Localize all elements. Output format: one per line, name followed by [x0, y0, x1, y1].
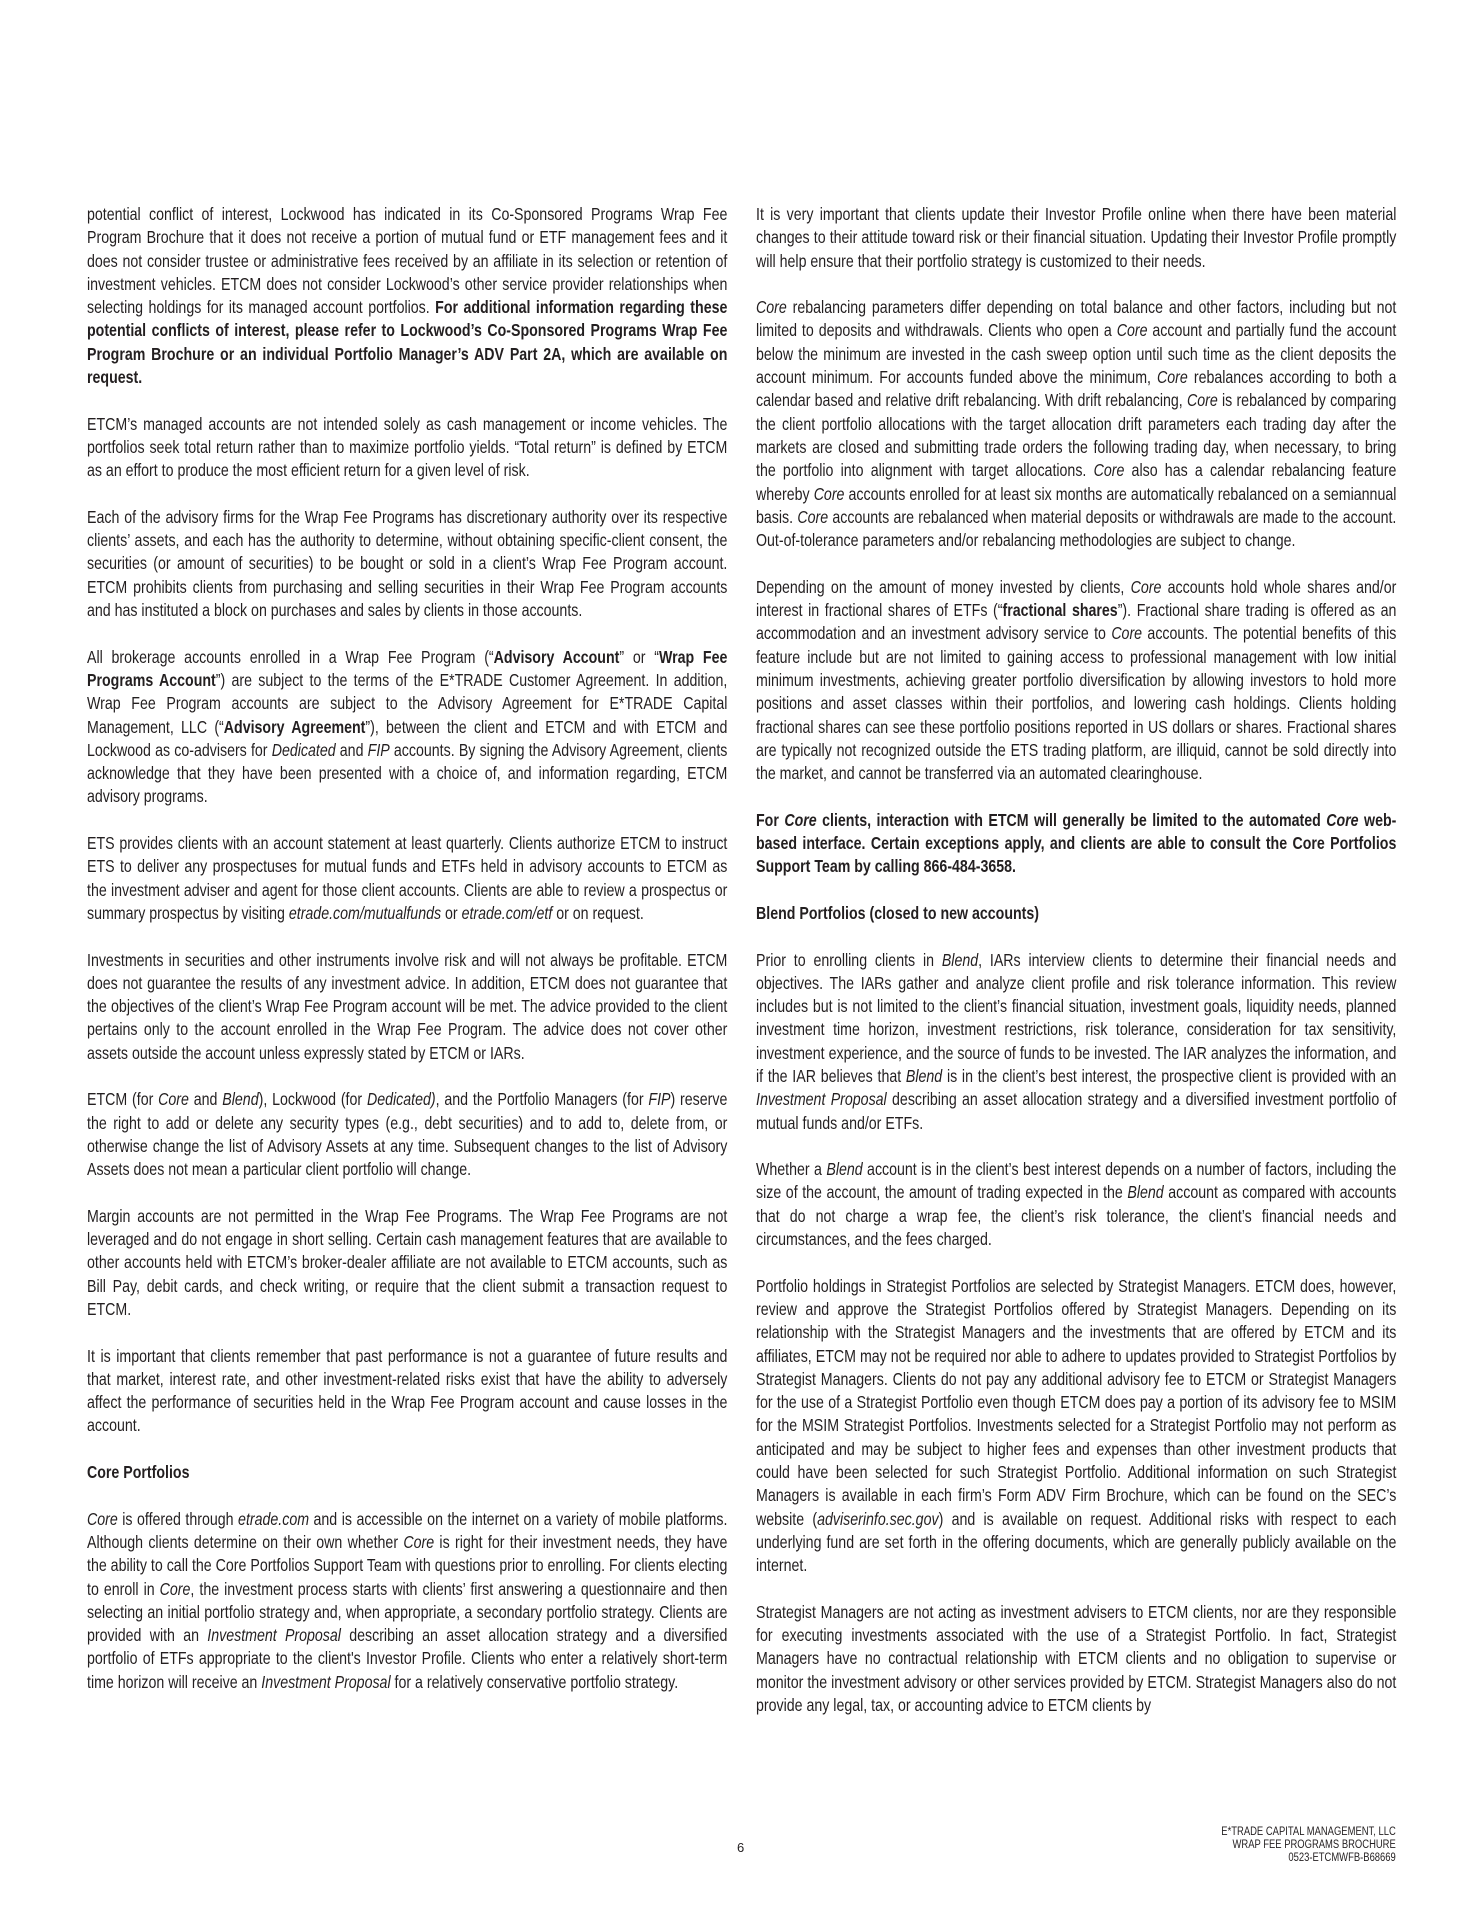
- program-name: Dedicated): [367, 1089, 436, 1109]
- text: Depending on the amount of money investe…: [756, 577, 1131, 597]
- program-name: Core: [797, 507, 828, 527]
- program-name: Core: [756, 297, 787, 317]
- program-name: FIP: [368, 740, 390, 760]
- heading-blend-portfolios: Blend Portfolios (closed to new accounts…: [756, 902, 1396, 925]
- paragraph-investor-profile: It is very important that clients update…: [756, 203, 1396, 273]
- etrade-link[interactable]: etrade.com: [238, 1509, 309, 1529]
- right-column: It is very important that clients update…: [756, 203, 1396, 1741]
- paragraph-lockwood-conflict: potential conflict of interest, Lockwood…: [87, 203, 727, 389]
- paragraph-blend-enrollment: Prior to enrolling clients in Blend, IAR…: [756, 949, 1396, 1135]
- program-name: Core: [403, 1532, 434, 1552]
- program-name: Blend: [942, 950, 978, 970]
- paragraph-advisory-agreement: All brokerage accounts enrolled in a Wra…: [87, 646, 727, 809]
- text: ETCM (for: [87, 1089, 158, 1109]
- program-name: Blend: [1127, 1182, 1163, 1202]
- paragraph-investment-risk: Investments in securities and other inst…: [87, 949, 727, 1065]
- text: ” or “: [619, 647, 659, 667]
- text: Prior to enrolling clients in: [756, 950, 942, 970]
- document-name: Investment Proposal: [207, 1625, 341, 1645]
- defined-term: fractional shares: [1002, 600, 1117, 620]
- page-footer: E*TRADE CAPITAL MANAGEMENT, LLC WRAP FEE…: [1222, 1826, 1396, 1865]
- paragraph-past-performance: It is important that clients remember th…: [87, 1345, 727, 1438]
- paragraph-total-return: ETCM’s managed accounts are not intended…: [87, 413, 727, 483]
- text: All brokerage accounts enrolled in a Wra…: [87, 647, 494, 667]
- program-name: Core: [784, 810, 816, 830]
- paragraph-strategist-managers: Strategist Managers are not acting as in…: [756, 1601, 1396, 1717]
- text: or on request.: [552, 903, 643, 923]
- paragraph-account-statements: ETS provides clients with an account sta…: [87, 832, 727, 925]
- text: is in the client’s best interest, the pr…: [942, 1066, 1396, 1086]
- defined-term: Advisory Account: [494, 647, 620, 667]
- document-name: Investment Proposal: [261, 1672, 390, 1692]
- paragraph-fractional-shares: Depending on the amount of money investe…: [756, 576, 1396, 786]
- program-name: Core: [160, 1579, 191, 1599]
- text: For: [756, 810, 784, 830]
- document-page: potential conflict of interest, Lockwood…: [0, 0, 1484, 1920]
- document-name: Investment Proposal: [756, 1089, 887, 1109]
- text: and: [336, 740, 368, 760]
- program-name: Core: [1326, 810, 1358, 830]
- program-name: Core: [1157, 367, 1188, 387]
- program-name: Core: [158, 1089, 189, 1109]
- footer-document-code: 0523-ETCMWFB-B68669: [1222, 1852, 1396, 1865]
- text: is offered through: [118, 1509, 238, 1529]
- program-name: Core: [1117, 320, 1148, 340]
- paragraph-security-types: ETCM (for Core and Blend), Lockwood (for…: [87, 1088, 727, 1181]
- mutualfunds-link[interactable]: etrade.com/mutualfunds: [289, 903, 441, 923]
- page-number: 6: [737, 1840, 744, 1855]
- program-name: Core: [1187, 390, 1218, 410]
- program-name: Core: [1131, 577, 1162, 597]
- text: ), Lockwood (for: [259, 1089, 367, 1109]
- text: and: [189, 1089, 222, 1109]
- paragraph-margin-accounts: Margin accounts are not permitted in the…: [87, 1205, 727, 1321]
- text: Whether a: [756, 1159, 826, 1179]
- program-name: FIP: [648, 1089, 670, 1109]
- defined-term: Advisory Agreement: [224, 717, 366, 737]
- paragraph-core-offering: Core is offered through etrade.com and i…: [87, 1508, 727, 1694]
- text: accounts are rebalanced when material de…: [756, 507, 1396, 550]
- program-name: Core: [814, 484, 845, 504]
- text: , and the Portfolio Managers (for: [436, 1089, 649, 1109]
- program-name: Core: [87, 1509, 118, 1529]
- paragraph-discretionary-authority: Each of the advisory firms for the Wrap …: [87, 506, 727, 622]
- text: for a relatively conservative portfolio …: [391, 1672, 679, 1692]
- program-name: Dedicated: [272, 740, 336, 760]
- program-name: Core: [1111, 623, 1142, 643]
- adviserinfo-link[interactable]: adviserinfo.sec.gov: [817, 1509, 938, 1529]
- footer-document-title: WRAP FEE PROGRAMS BROCHURE: [1222, 1839, 1396, 1852]
- text: or: [441, 903, 461, 923]
- paragraph-strategist-holdings: Portfolio holdings in Strategist Portfol…: [756, 1275, 1396, 1578]
- etf-link[interactable]: etrade.com/etf: [462, 903, 553, 923]
- text: clients, interaction with ETCM will gene…: [817, 810, 1327, 830]
- program-name: Core: [1094, 460, 1125, 480]
- text: Portfolio holdings in Strategist Portfol…: [756, 1276, 1396, 1529]
- paragraph-core-rebalancing: Core rebalancing parameters differ depen…: [756, 296, 1396, 552]
- paragraph-core-support-notice: For Core clients, interaction with ETCM …: [756, 809, 1396, 879]
- left-column: potential conflict of interest, Lockwood…: [87, 203, 727, 1717]
- program-name: Blend: [222, 1089, 258, 1109]
- heading-core-portfolios: Core Portfolios: [87, 1461, 727, 1484]
- program-name: Blend: [826, 1159, 862, 1179]
- program-name: Blend: [906, 1066, 942, 1086]
- text: accounts. The potential benefits of this…: [756, 623, 1396, 783]
- footer-company: E*TRADE CAPITAL MANAGEMENT, LLC: [1222, 1826, 1396, 1839]
- paragraph-blend-best-interest: Whether a Blend account is in the client…: [756, 1158, 1396, 1251]
